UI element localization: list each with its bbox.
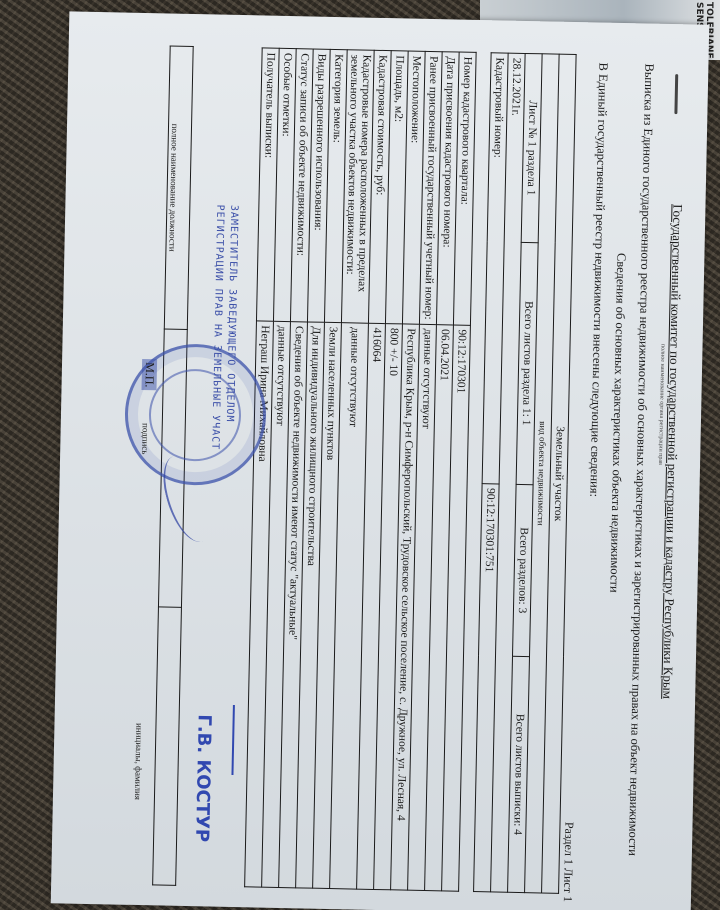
document-sheet: Государственный комитет по государственн… [51, 11, 710, 910]
sections-total: Всего разделов: 3 [513, 484, 534, 657]
row-label: Кадастровые номера расположенных в преде… [341, 50, 374, 323]
name-caption: инициалы, фамилия [133, 723, 145, 800]
signature-caption: подпись [140, 423, 151, 455]
header-table: Земельный участок вид объекта недвижимос… [473, 52, 577, 894]
characteristics-table: Номер кадастрового квартала:90:12:170301… [244, 47, 477, 891]
document-title: Выписка из Единого государственного реес… [625, 63, 657, 856]
name-stamp: Г.В. КОСТУР [191, 714, 215, 842]
intro-text: В Единый государственный реестр недвижим… [586, 62, 610, 497]
document-subtitle: Сведения об основных характеристиках объ… [606, 253, 628, 593]
name-line [231, 705, 234, 775]
seal-mark: М.П. [141, 359, 157, 391]
document-content: Государственный комитет по государственн… [61, 22, 699, 910]
position-caption: полное наименование должности [164, 46, 193, 329]
section-label: Раздел 1 Лист 1 [560, 822, 577, 902]
